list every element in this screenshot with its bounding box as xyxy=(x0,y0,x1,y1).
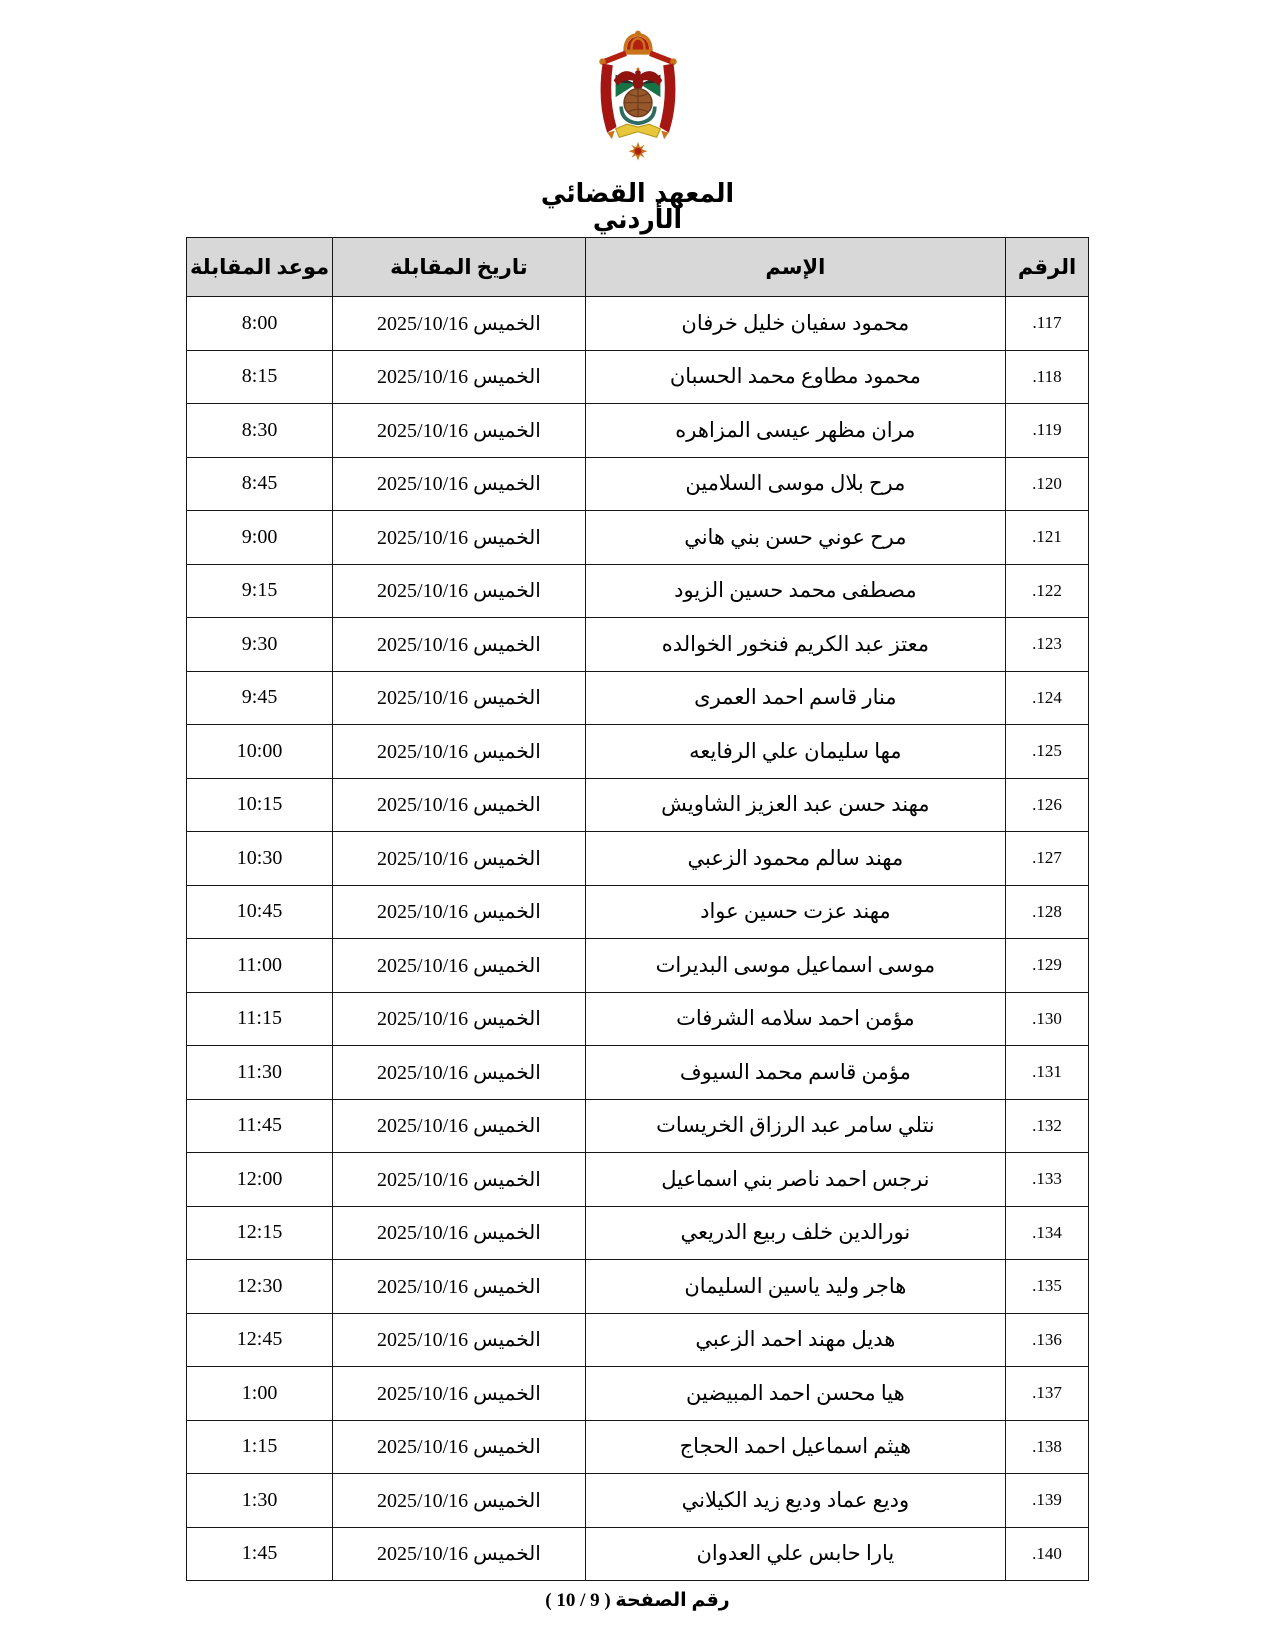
table-row: 132. نتلي سامر عبد الرزاق الخريسات الخمي… xyxy=(187,1099,1089,1153)
table-header-row: الرقم الإسم تاريخ المقابلة موعد المقابلة xyxy=(187,238,1089,297)
interview-date-cell: الخميس 2025/10/16 xyxy=(333,1153,586,1207)
candidate-name-cell: مرح عوني حسن بني هاني xyxy=(585,511,1005,565)
interview-time-cell: 11:15 xyxy=(187,992,333,1046)
row-number-cell: 117. xyxy=(1006,297,1089,351)
table-row: 119. مران مظهر عيسى المزاهره الخميس 2025… xyxy=(187,404,1089,458)
interview-time-cell: 8:45 xyxy=(187,457,333,511)
row-number-cell: 120. xyxy=(1006,457,1089,511)
candidate-name-cell: هيا محسن احمد المبيضين xyxy=(585,1367,1005,1421)
candidate-name-cell: معتز عبد الكريم فنخور الخوالده xyxy=(585,618,1005,672)
table-row: 131. مؤمن قاسم محمد السيوف الخميس 2025/1… xyxy=(187,1046,1089,1100)
candidate-name-cell: وديع عماد وديع زيد الكيلاني xyxy=(585,1474,1005,1528)
table-row: 129. موسى اسماعيل موسى البديرات الخميس 2… xyxy=(187,939,1089,993)
column-header-date: تاريخ المقابلة xyxy=(333,238,586,297)
interview-date-cell: الخميس 2025/10/16 xyxy=(333,457,586,511)
interview-date-cell: الخميس 2025/10/16 xyxy=(333,1474,586,1528)
interview-time-cell: 8:15 xyxy=(187,350,333,404)
row-number-cell: 122. xyxy=(1006,564,1089,618)
table-row: 117. محمود سفيان خليل خرفان الخميس 2025/… xyxy=(187,297,1089,351)
interview-time-cell: 9:00 xyxy=(187,511,333,565)
candidate-name-cell: نورالدين خلف ربيع الدريعي xyxy=(585,1206,1005,1260)
candidate-name-cell: مران مظهر عيسى المزاهره xyxy=(585,404,1005,458)
table-row: 133. نرجس احمد ناصر بني اسماعيل الخميس 2… xyxy=(187,1153,1089,1207)
row-number-cell: 130. xyxy=(1006,992,1089,1046)
candidate-name-cell: محمود مطاوع محمد الحسبان xyxy=(585,350,1005,404)
candidate-name-cell: مهند سالم محمود الزعبي xyxy=(585,832,1005,886)
interview-date-cell: الخميس 2025/10/16 xyxy=(333,1099,586,1153)
row-number-cell: 129. xyxy=(1006,939,1089,993)
document-page: المعهد القضائي الأردني الرقم الإسم تاريخ… xyxy=(0,0,1275,1650)
row-number-cell: 140. xyxy=(1006,1527,1089,1581)
interview-date-cell: الخميس 2025/10/16 xyxy=(333,1206,586,1260)
row-number-cell: 132. xyxy=(1006,1099,1089,1153)
row-number-cell: 128. xyxy=(1006,885,1089,939)
interview-time-cell: 9:15 xyxy=(187,564,333,618)
row-number-cell: 121. xyxy=(1006,511,1089,565)
candidate-name-cell: منار قاسم احمد العمرى xyxy=(585,671,1005,725)
candidate-name-cell: نتلي سامر عبد الرزاق الخريسات xyxy=(585,1099,1005,1153)
candidate-name-cell: هديل مهند احمد الزعبي xyxy=(585,1313,1005,1367)
interview-date-cell: الخميس 2025/10/16 xyxy=(333,618,586,672)
interview-time-cell: 12:15 xyxy=(187,1206,333,1260)
interview-time-cell: 10:15 xyxy=(187,778,333,832)
candidate-name-cell: مها سليمان علي الرفايعه xyxy=(585,725,1005,779)
table-row: 128. مهند عزت حسين عواد الخميس 2025/10/1… xyxy=(187,885,1089,939)
column-header-time: موعد المقابلة xyxy=(187,238,333,297)
table-row: 125. مها سليمان علي الرفايعه الخميس 2025… xyxy=(187,725,1089,779)
table-row: 139. وديع عماد وديع زيد الكيلاني الخميس … xyxy=(187,1474,1089,1528)
row-number-cell: 125. xyxy=(1006,725,1089,779)
interview-time-cell: 12:30 xyxy=(187,1260,333,1314)
candidate-name-cell: مرح بلال موسى السلامين xyxy=(585,457,1005,511)
interview-date-cell: الخميس 2025/10/16 xyxy=(333,778,586,832)
row-number-cell: 127. xyxy=(1006,832,1089,886)
interview-time-cell: 11:45 xyxy=(187,1099,333,1153)
candidate-name-cell: يارا حابس علي العدوان xyxy=(585,1527,1005,1581)
row-number-cell: 131. xyxy=(1006,1046,1089,1100)
column-header-name: الإسم xyxy=(585,238,1005,297)
candidate-name-cell: نرجس احمد ناصر بني اسماعيل xyxy=(585,1153,1005,1207)
table-row: 123. معتز عبد الكريم فنخور الخوالده الخم… xyxy=(187,618,1089,672)
table-row: 136. هديل مهند احمد الزعبي الخميس 2025/1… xyxy=(187,1313,1089,1367)
interview-time-cell: 9:45 xyxy=(187,671,333,725)
row-number-cell: 134. xyxy=(1006,1206,1089,1260)
interview-date-cell: الخميس 2025/10/16 xyxy=(333,297,586,351)
interview-time-cell: 11:00 xyxy=(187,939,333,993)
column-header-number: الرقم xyxy=(1006,238,1089,297)
interview-date-cell: الخميس 2025/10/16 xyxy=(333,1260,586,1314)
interview-time-cell: 8:30 xyxy=(187,404,333,458)
header-logo: المعهد القضائي الأردني xyxy=(0,28,1275,231)
row-number-cell: 126. xyxy=(1006,778,1089,832)
table-row: 135. هاجر وليد ياسين السليمان الخميس 202… xyxy=(187,1260,1089,1314)
interview-date-cell: الخميس 2025/10/16 xyxy=(333,404,586,458)
interview-date-cell: الخميس 2025/10/16 xyxy=(333,564,586,618)
candidate-name-cell: مصطفى محمد حسين الزيود xyxy=(585,564,1005,618)
table-row: 130. مؤمن احمد سلامه الشرفات الخميس 2025… xyxy=(187,992,1089,1046)
table-row: 120. مرح بلال موسى السلامين الخميس 2025/… xyxy=(187,457,1089,511)
candidate-name-cell: مؤمن احمد سلامه الشرفات xyxy=(585,992,1005,1046)
interview-time-cell: 11:30 xyxy=(187,1046,333,1100)
table-row: 127. مهند سالم محمود الزعبي الخميس 2025/… xyxy=(187,832,1089,886)
row-number-cell: 118. xyxy=(1006,350,1089,404)
interview-time-cell: 8:00 xyxy=(187,297,333,351)
row-number-cell: 138. xyxy=(1006,1420,1089,1474)
interview-date-cell: الخميس 2025/10/16 xyxy=(333,725,586,779)
candidate-name-cell: موسى اسماعيل موسى البديرات xyxy=(585,939,1005,993)
interview-time-cell: 12:45 xyxy=(187,1313,333,1367)
interview-date-cell: الخميس 2025/10/16 xyxy=(333,1420,586,1474)
interview-date-cell: الخميس 2025/10/16 xyxy=(333,1046,586,1100)
row-number-cell: 119. xyxy=(1006,404,1089,458)
row-number-cell: 139. xyxy=(1006,1474,1089,1528)
interview-time-cell: 10:30 xyxy=(187,832,333,886)
table-row: 121. مرح عوني حسن بني هاني الخميس 2025/1… xyxy=(187,511,1089,565)
candidate-name-cell: هاجر وليد ياسين السليمان xyxy=(585,1260,1005,1314)
candidate-name-cell: محمود سفيان خليل خرفان xyxy=(585,297,1005,351)
row-number-cell: 123. xyxy=(1006,618,1089,672)
candidate-name-cell: مؤمن قاسم محمد السيوف xyxy=(585,1046,1005,1100)
row-number-cell: 133. xyxy=(1006,1153,1089,1207)
institute-name: المعهد القضائي الأردني xyxy=(530,180,745,233)
table-row: 137. هيا محسن احمد المبيضين الخميس 2025/… xyxy=(187,1367,1089,1421)
row-number-cell: 136. xyxy=(1006,1313,1089,1367)
row-number-cell: 124. xyxy=(1006,671,1089,725)
table-row: 140. يارا حابس علي العدوان الخميس 2025/1… xyxy=(187,1527,1089,1581)
interview-date-cell: الخميس 2025/10/16 xyxy=(333,992,586,1046)
table-row: 138. هيثم اسماعيل احمد الحجاج الخميس 202… xyxy=(187,1420,1089,1474)
interview-date-cell: الخميس 2025/10/16 xyxy=(333,350,586,404)
interview-date-cell: الخميس 2025/10/16 xyxy=(333,511,586,565)
interview-time-cell: 12:00 xyxy=(187,1153,333,1207)
candidate-name-cell: مهند عزت حسين عواد xyxy=(585,885,1005,939)
interview-time-cell: 1:45 xyxy=(187,1527,333,1581)
table-row: 124. منار قاسم احمد العمرى الخميس 2025/1… xyxy=(187,671,1089,725)
interview-time-cell: 1:00 xyxy=(187,1367,333,1421)
interview-time-cell: 10:45 xyxy=(187,885,333,939)
table-row: 126. مهند حسن عبد العزيز الشاويش الخميس … xyxy=(187,778,1089,832)
interview-time-cell: 9:30 xyxy=(187,618,333,672)
row-number-cell: 137. xyxy=(1006,1367,1089,1421)
interview-time-cell: 1:30 xyxy=(187,1474,333,1528)
candidate-name-cell: مهند حسن عبد العزيز الشاويش xyxy=(585,778,1005,832)
interview-time-cell: 1:15 xyxy=(187,1420,333,1474)
interview-date-cell: الخميس 2025/10/16 xyxy=(333,939,586,993)
interview-date-cell: الخميس 2025/10/16 xyxy=(333,671,586,725)
interview-schedule-table: الرقم الإسم تاريخ المقابلة موعد المقابلة… xyxy=(186,237,1089,1581)
interview-time-cell: 10:00 xyxy=(187,725,333,779)
interview-date-cell: الخميس 2025/10/16 xyxy=(333,1367,586,1421)
interview-date-cell: الخميس 2025/10/16 xyxy=(333,832,586,886)
interview-date-cell: الخميس 2025/10/16 xyxy=(333,885,586,939)
table-row: 134. نورالدين خلف ربيع الدريعي الخميس 20… xyxy=(187,1206,1089,1260)
interview-date-cell: الخميس 2025/10/16 xyxy=(333,1313,586,1367)
table-row: 118. محمود مطاوع محمد الحسبان الخميس 202… xyxy=(187,350,1089,404)
page-number-label: رقم الصفحة ( 9 / 10 ) xyxy=(186,1589,1089,1612)
table-row: 122. مصطفى محمد حسين الزيود الخميس 2025/… xyxy=(187,564,1089,618)
jordan-coat-of-arms-icon xyxy=(582,28,694,170)
candidate-name-cell: هيثم اسماعيل احمد الحجاج xyxy=(585,1420,1005,1474)
interview-date-cell: الخميس 2025/10/16 xyxy=(333,1527,586,1581)
row-number-cell: 135. xyxy=(1006,1260,1089,1314)
